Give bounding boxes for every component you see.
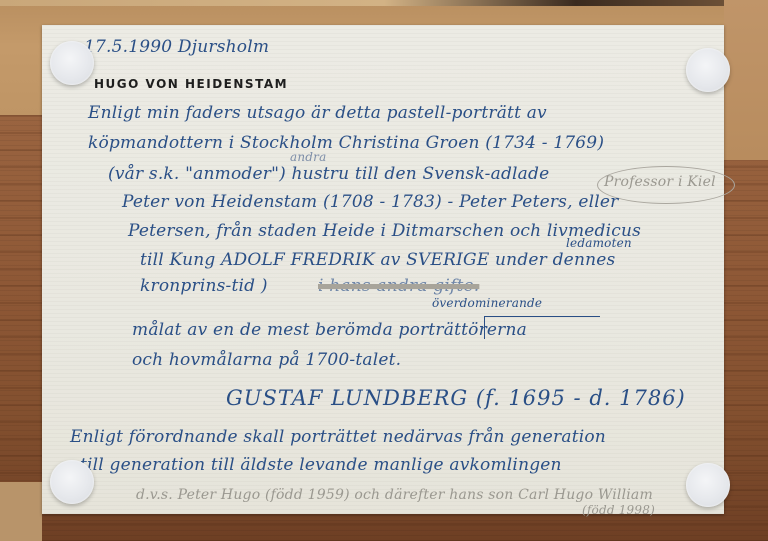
artist-name: GUSTAF LUNDBERG (f. 1695 - d. 1786)	[226, 386, 686, 410]
cardboard-background-bottom-left	[0, 482, 42, 541]
text-line-5: Petersen, från staden Heide i Ditmarsche…	[128, 221, 641, 241]
insert-overdominerande: överdominerande	[432, 296, 542, 310]
text-line-8: målat av en de mest berömda porträttörer…	[132, 320, 527, 340]
text-line-4: Peter von Heidenstam (1708 - 1783) - Pet…	[122, 192, 618, 212]
mounting-pin-bottom-right	[686, 463, 730, 507]
insert-andra: andra	[290, 150, 326, 164]
text-line-3: (vår s.k. "anmoder") hustru till den Sve…	[108, 164, 549, 184]
pencil-note-bottom-sub: (född 1998)	[582, 503, 655, 517]
pencil-note-professor: Professor i Kiel	[604, 174, 716, 190]
mounting-pin-bottom-left	[50, 460, 94, 504]
text-line-6: till Kung ADOLF FREDRIK av SVERIGE under…	[140, 250, 615, 270]
text-line-1: Enligt min faders utsago är detta pastel…	[88, 103, 547, 123]
text-line-11: Enligt förordnande skall porträttet nedä…	[70, 427, 606, 447]
pencil-note-bottom: d.v.s. Peter Hugo (född 1959) och däreft…	[136, 487, 653, 503]
letterhead: HUGO VON HEIDENSTAM	[94, 77, 288, 91]
text-line-2: köpmandottern i Stockholm Christina Groe…	[88, 133, 604, 153]
struck-text: i hans andra gifte.	[318, 276, 479, 296]
mounting-pin-top-right	[686, 48, 730, 92]
insert-ledamoten: ledamoten	[566, 236, 632, 250]
date-place: 17.5.1990 Djursholm	[84, 37, 269, 57]
cardboard-edge	[0, 0, 768, 6]
cardboard-background-right	[724, 0, 768, 160]
text-line-9: och hovmålarna på 1700-talet.	[132, 350, 401, 370]
mounting-pin-top-left	[50, 41, 94, 85]
text-line-12: till generation till äldste levande manl…	[80, 455, 562, 475]
text-line-7: kronprins-tid )	[140, 276, 268, 296]
